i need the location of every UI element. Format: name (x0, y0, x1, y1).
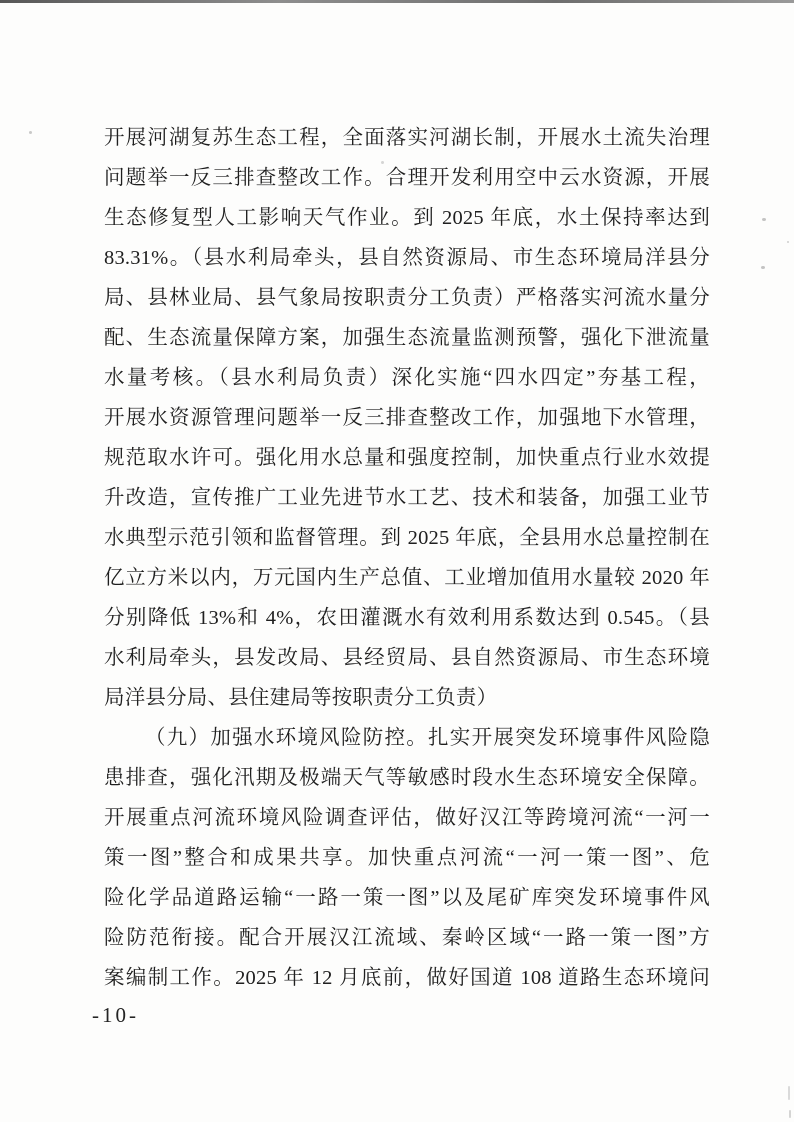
text-line: 险防范衔接。配合开展汉江流域、秦岭区域“一路一策一图”方 (104, 918, 710, 958)
scan-speck (29, 131, 32, 134)
scan-speck (788, 1086, 790, 1100)
scan-speck (762, 218, 766, 221)
text-line: 规范取水许可。强化用水总量和强度控制，加快重点行业水效提 (104, 438, 710, 478)
text-line: 水利局牵头，县发改局、县经贸局、县自然资源局、市生态环境 (104, 638, 710, 678)
text-line: 策一图”整合和成果共享。加快重点河流“一河一策一图”、危 (104, 838, 710, 878)
text-line: 开展河湖复苏生态工程，全面落实河湖长制，开展水土流失治理 (104, 118, 710, 158)
text-line: 开展重点河流环境风险调查评估，做好汉江等跨境河流“一河一 (104, 798, 710, 838)
text-line: 患排查，强化汛期及极端天气等敏感时段水生态环境安全保障。 (104, 758, 710, 798)
scan-speck (761, 266, 765, 269)
scan-speck (381, 161, 384, 164)
text-line: 开展水资源管理问题举一反三排查整改工作，加强地下水管理， (104, 398, 710, 438)
scan-edge-artifact (0, 0, 794, 3)
text-line: 案编制工作。2025 年 12 月底前，做好国道 108 道路生态环境问 (104, 958, 710, 998)
text-line: 83.31%。（县水利局牵头，县自然资源局、市生态环境局洋县分 (104, 238, 710, 278)
page-number: -10- (92, 1000, 139, 1030)
text-line: 局、县林业局、县气象局按职责分工负责）严格落实河流水量分 (104, 278, 710, 318)
page-body-text: 开展河湖复苏生态工程，全面落实河湖长制，开展水土流失治理 问题举一反三排查整改工… (104, 118, 710, 998)
text-line: 水量考核。（县水利局负责）深化实施“四水四定”夯基工程， (104, 358, 710, 398)
scan-speck (787, 241, 789, 243)
text-line: 问题举一反三排查整改工作。合理开发利用空中云水资源，开展 (104, 158, 710, 198)
text-line: 局洋县分局、县住建局等按职责分工负责） (104, 678, 710, 718)
text-line-paragraph-start: （九）加强水环境风险防控。扎实开展突发环境事件风险隐 (104, 718, 710, 758)
text-line: 分别降低 13%和 4%，农田灌溉水有效利用系数达到 0.545。（县 (104, 598, 710, 638)
text-line: 亿立方米以内，万元国内生产总值、工业增加值用水量较 2020 年 (104, 558, 710, 598)
scan-speck (789, 1110, 791, 1118)
document-page: 开展河湖复苏生态工程，全面落实河湖长制，开展水土流失治理 问题举一反三排查整改工… (0, 0, 794, 1122)
text-line: 配、生态流量保障方案，加强生态流量监测预警，强化下泄流量 (104, 318, 710, 358)
text-line: 险化学品道路运输“一路一策一图”以及尾矿库突发环境事件风 (104, 878, 710, 918)
text-line: 生态修复型人工影响天气作业。到 2025 年底，水土保持率达到 (104, 198, 710, 238)
text-line: 升改造，宣传推广工业先进节水工艺、技术和装备，加强工业节 (104, 478, 710, 518)
text-line: 水典型示范引领和监督管理。到 2025 年底，全县用水总量控制在 (104, 518, 710, 558)
